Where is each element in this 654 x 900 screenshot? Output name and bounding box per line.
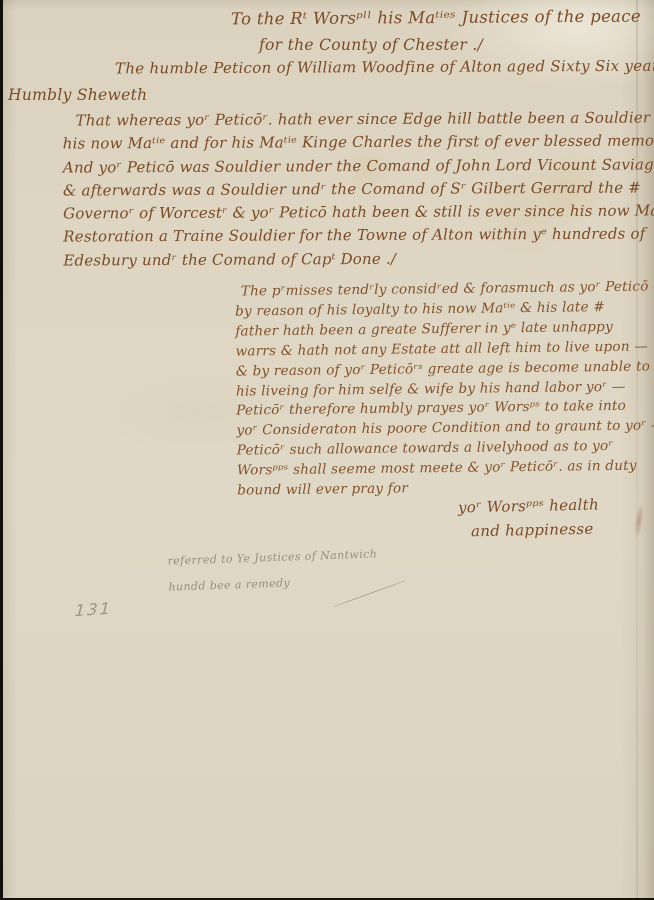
petition-title-line: The humble Peticon of William Woodfine o… — [115, 57, 654, 78]
manuscript-line: his now Maᵗⁱᵉ and for his Maᵗⁱᵉ Kinge Ch… — [63, 130, 654, 156]
heading-line-2: for the County of Chester ./ — [259, 36, 483, 54]
paper-sheet: To the Rᵗ Worsᵖˡˡ his Maᵗⁱᵉˢ Justices of… — [3, 0, 654, 898]
clerk-endorsement: referred to Ye Justices of Nantwich hund… — [167, 541, 378, 600]
manuscript-line: That whereas yoʳ Peticōʳ. hath ever sinc… — [63, 106, 654, 132]
ink-blot — [631, 500, 647, 543]
manuscript-line: Governoʳ of Worcestʳ & yoʳ Peticō hath b… — [63, 200, 654, 226]
manuscript-scan: To the Rᵗ Worsᵖˡˡ his Maᵗⁱᵉˢ Justices of… — [0, 0, 654, 900]
closing-line-2: and happinesse — [471, 520, 594, 541]
closing-line-1: yoʳ Worsᵖᵖˢ health — [458, 496, 599, 517]
petition-paragraph-1: That whereas yoʳ Peticōʳ. hath ever sinc… — [63, 106, 654, 272]
manuscript-line: & afterwards was a Souldier undʳ the Com… — [63, 176, 654, 202]
petition-paragraph-2: The pʳmisses tendʳly considʳed & forasmu… — [235, 277, 654, 501]
manuscript-line: Restoration a Traine Souldier for the To… — [63, 223, 654, 249]
folio-number: 131 — [72, 599, 114, 621]
manuscript-line: Edesbury undʳ the Comand of Capᵗ Done ./ — [63, 246, 654, 272]
salutation: Humbly Sheweth — [8, 86, 147, 104]
manuscript-line: And yoʳ Peticō was Souldier under the Co… — [63, 153, 654, 179]
heading-line-1: To the Rᵗ Worsᵖˡˡ his Maᵗⁱᵉˢ Justices of… — [231, 7, 641, 29]
